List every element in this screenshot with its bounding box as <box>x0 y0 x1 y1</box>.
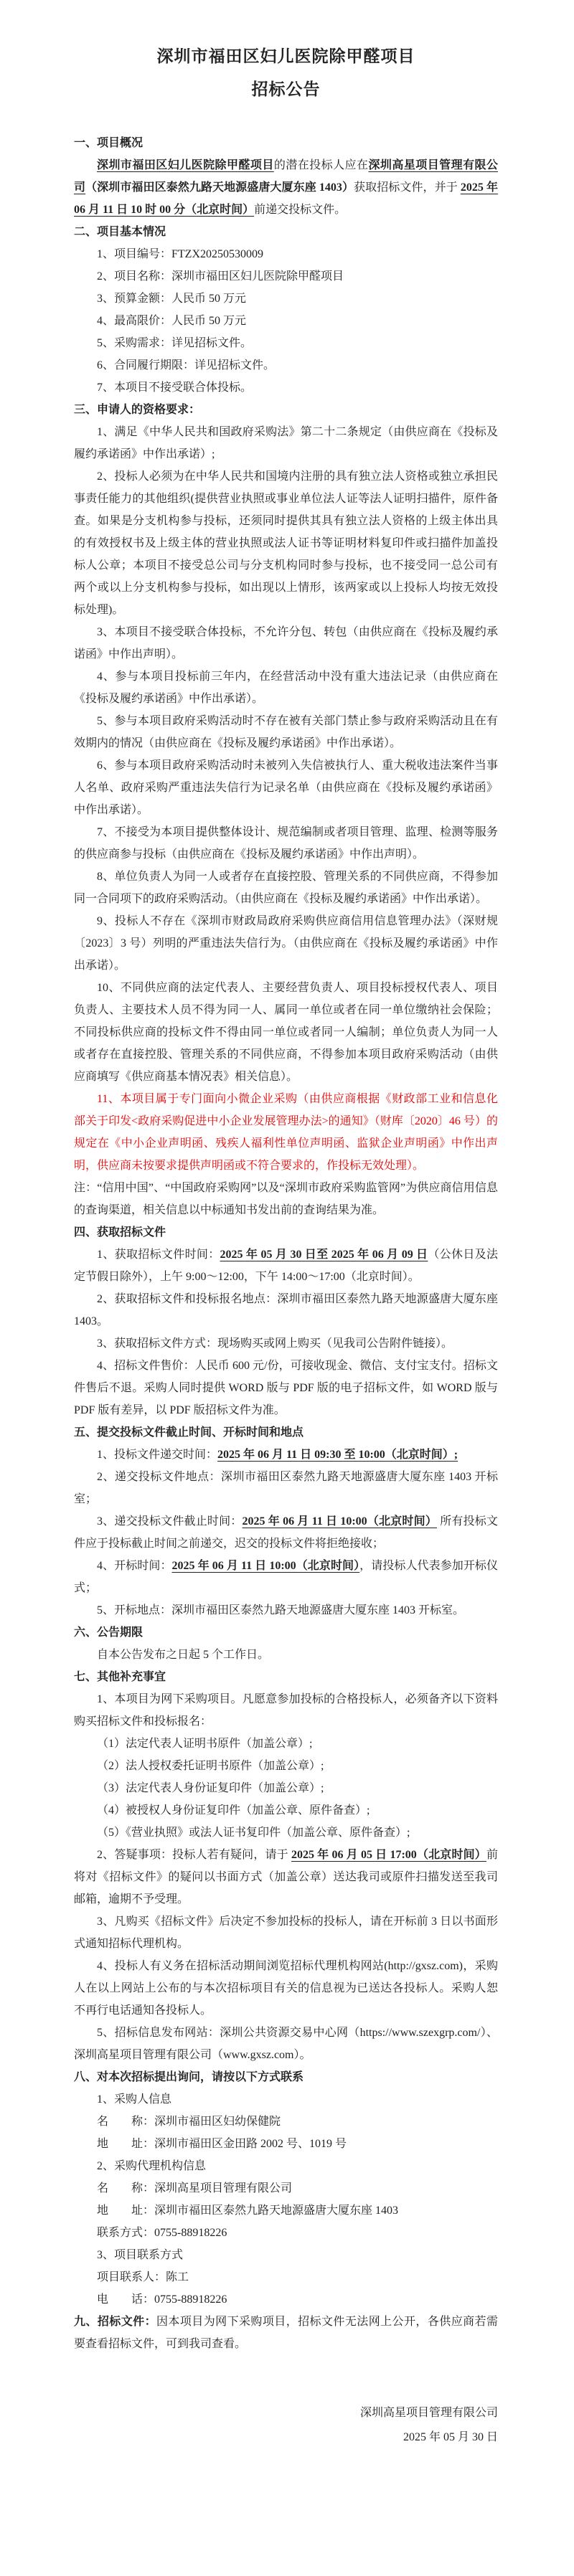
text-run: 四、获取招标文件 <box>74 1226 166 1239</box>
text-run: 2025 年 06 月 11 日 09:30 至 10:00（北京时间）; <box>217 1449 458 1461</box>
section-heading-7: 七、其他补充事宜 <box>74 1666 498 1688</box>
paragraph: 6、合同履行期限：详见招标文件。 <box>74 354 498 377</box>
paragraph: （2）法人授权委托证明书原件（加盖公章）; <box>74 1755 498 1777</box>
paragraph: 地 址：深圳市福田区金田路 2002 号、1019 号 <box>74 2133 498 2155</box>
note-paragraph: 注：“信用中国”、“中国政府采购网”以及“深圳市政府采购监管网”为供应商信用信息… <box>74 1177 498 1221</box>
paragraph: 5、参与本项目政府采购活动时不存在被有关部门禁止参与政府采购活动且在有效期内的情… <box>74 710 498 754</box>
title-line-2: 招标公告 <box>74 73 498 106</box>
paragraph: （1）法定代表人证明书原件（加盖公章）; <box>74 1733 498 1755</box>
paragraph: 1、获取招标文件时间：2025 年 05 月 30 日至 2025 年 06 月… <box>74 1244 498 1288</box>
footer-date: 2025 年 05 月 30 日 <box>74 2425 498 2450</box>
paragraph: 地 址：深圳市福田区泰然九路天地源盛唐大厦东座 1403 <box>74 2199 498 2222</box>
text-run: 九、招标文件： <box>74 2316 156 2328</box>
paragraph: 2、获取招标文件和投标报名地点：深圳市福田区泰然九路天地源盛唐大厦东座 1403… <box>74 1288 498 1332</box>
text-run: 1、获取招标文件时间： <box>97 1249 220 1261</box>
text-run: 2025 年 06 月 11 日 10:00（北京时间） <box>172 1560 360 1572</box>
paragraph: 6、参与本项目政府采购活动时未被列入失信被执行人、重大税收违法案件当事人名单、政… <box>74 754 498 821</box>
paragraph: 联系方式：0755-88918226 <box>74 2222 498 2244</box>
text-run: 1、项目编号：FTZX20250530009 <box>97 248 263 260</box>
paragraph: 3、本项目不接受联合体投标，不允许分包、转包（由供应商在《投标及履约承诺函》中作… <box>74 621 498 666</box>
text-run: （5）《营业执照》或法人证书复印件（加盖公章、原件备查）; <box>97 1827 410 1839</box>
paragraph: 1、项目编号：FTZX20250530009 <box>74 243 498 265</box>
text-run: 七、其他补充事宜 <box>74 1671 166 1683</box>
text-run: 电 话：0755-88918226 <box>97 2293 227 2306</box>
text-run: 4、招标文件售价：人民币 600 元/份，可接收现金、微信、支付宝支付。招标文件… <box>74 1360 498 1416</box>
footer-organization: 深圳高星项目管理有限公司 <box>74 2401 498 2425</box>
text-run: 前递交投标文件。 <box>254 204 346 216</box>
text-run: 9、投标人不存在《深圳市财政局政府采购供应商信用信息管理办法》（深财规〔2023… <box>74 915 498 972</box>
intro-paragraph: 深圳市福田区妇儿医院除甲醛项目的潜在投标人应在深圳高星项目管理有限公司（深圳市福… <box>74 154 498 221</box>
section-heading-3: 三、申请人的资格要求： <box>74 399 498 421</box>
section-heading-4: 四、获取招标文件 <box>74 1221 498 1244</box>
paragraph: 4、最高限价：人民币 50 万元 <box>74 310 498 332</box>
paragraph: 1、本项目为网下采购项目。凡愿意参加投标的合格投标人，必须备齐以下资料购买招标文… <box>74 1688 498 1733</box>
paragraph: 8、单位负责人为同一人或者存在直接控股、管理关系的不同供应商，不得参加同一合同项… <box>74 866 498 910</box>
text-run: 三、申请人的资格要求： <box>74 404 200 416</box>
text-run: 3、递交投标文件截止时间： <box>97 1515 243 1528</box>
paragraph: 4、招标文件售价：人民币 600 元/份，可接收现金、微信、支付宝支付。招标文件… <box>74 1355 498 1421</box>
paragraph: （3）法定代表人身份证复印件（加盖公章）; <box>74 1777 498 1799</box>
text-run: 4、参与本项目投标前三年内，在经营活动中没有重大违法记录（由供应商在《投标及履约… <box>74 671 498 705</box>
paragraph: 2、投标人必须为在中华人民共和国境内注册的具有独立法人资格或独立承担民事责任能力… <box>74 465 498 621</box>
text-run: 2、项目名称：深圳市福田区妇儿医院除甲醛项目 <box>97 270 344 283</box>
text-run: 深圳市福田区妇儿医院除甲醛项目 <box>97 159 274 171</box>
text-run: 5、招标信息发布网站：深圳公共资源交易中心网（https://www.szexg… <box>74 2027 498 2061</box>
text-run: 五、提交投标文件截止时间、开标时间和地点 <box>74 1426 304 1439</box>
text-run: 2、投标人必须为在中华人民共和国境内注册的具有独立法人资格或独立承担民事责任能力… <box>74 470 498 616</box>
text-run: 10、不同供应商的法定代表人、主要经营负责人、项目投标授权代表人、项目负责人、主… <box>74 982 498 1083</box>
paragraph: 3、凡购买《招标文件》后决定不参加投标的投标人，请在开标前 3 日以书面形式通知… <box>74 1910 498 1955</box>
paragraph: 7、本项目不接受联合体投标。 <box>74 377 498 399</box>
text-run: 一、项目概况 <box>74 137 143 149</box>
red-notice-paragraph: 11、本项目属于专门面向小微企业采购（由供应商根据《财政部工业和信息化部关于印发… <box>74 1088 498 1177</box>
paragraph: 10、不同供应商的法定代表人、主要经营负责人、项目投标授权代表人、项目负责人、主… <box>74 977 498 1088</box>
text-run: （2）法人授权委托证明书原件（加盖公章）; <box>97 1760 324 1772</box>
text-run: 7、不接受为本项目提供整体设计、规范编制或者项目管理、监理、检测等服务的供应商参… <box>74 826 498 861</box>
paragraph: 电 话：0755-88918226 <box>74 2288 498 2311</box>
paragraph: 2、递交投标文件地点：深圳市福田区泰然九路天地源盛唐大厦东座 1403 开标室； <box>74 1466 498 1510</box>
paragraph: 3、获取招标文件方式：现场购买或网上购买（见我司公告附件链接）。 <box>74 1332 498 1355</box>
paragraph: 2、采购代理机构信息 <box>74 2155 498 2177</box>
text-run: 六、公告期限 <box>74 1626 143 1639</box>
text-run: 4、投标人有义务在招标活动期间浏览招标代理机构网站(http://gxsz.co… <box>74 1960 498 2017</box>
text-run: 2、答疑事项：投标人若有疑问，请于 <box>97 1849 291 1861</box>
section-heading-8: 八、对本次招标提出询问，请按以下方式联系 <box>74 2066 498 2088</box>
paragraph: 名 称：深圳市福田区妇幼保健院 <box>74 2111 498 2133</box>
text-run: （4）被授权人身份证复印件（加盖公章、原件备查）; <box>97 1804 370 1817</box>
paragraph: 5、开标地点：深圳市福田区泰然九路天地源盛唐大厦东座 1403 开标室。 <box>74 1599 498 1621</box>
text-run: 5、参与本项目政府采购活动时不存在被有关部门禁止参与政府采购活动且在有效期内的情… <box>74 715 498 749</box>
text-run: 2025 年 06 月 05 日 17:00（北京时间） <box>291 1849 486 1861</box>
text-run: 联系方式：0755-88918226 <box>97 2227 227 2239</box>
text-run: 5、采购需求：详见招标文件。 <box>97 337 252 349</box>
text-run: （深圳市福田区泰然九路天地源盛唐大厦东座 1403） <box>85 181 354 194</box>
text-run: 3、凡购买《招标文件》后决定不参加投标的投标人，请在开标前 3 日以书面形式通知… <box>74 1916 498 1950</box>
text-run: 3、本项目不接受联合体投标，不允许分包、转包（由供应商在《投标及履约承诺函》中作… <box>74 626 498 660</box>
paragraph: 2、项目名称：深圳市福田区妇儿医院除甲醛项目 <box>74 265 498 288</box>
text-run: 8、单位负责人为同一人或者存在直接控股、管理关系的不同供应商，不得参加同一合同项… <box>74 871 498 905</box>
title-line-1: 深圳市福田区妇儿医院除甲醛项目 <box>74 40 498 73</box>
text-run: 1、采购人信息 <box>97 2093 171 2106</box>
section-heading-9: 九、招标文件：因本项目为网下采购项目，招标文件无法网上公开，各供应商若需要查看招… <box>74 2311 498 2355</box>
text-run: 6、合同履行期限：详见招标文件。 <box>97 359 275 371</box>
text-run: 1、投标文件递交时间： <box>97 1449 217 1461</box>
text-run: 注：“信用中国”、“中国政府采购网”以及“深圳市政府采购监管网”为供应商信用信息… <box>74 1182 498 1216</box>
paragraph: 3、递交投标文件截止时间：2025 年 06 月 11 日 10:00（北京时间… <box>74 1510 498 1555</box>
text-run: 项目联系人：陈工 <box>97 2271 189 2283</box>
section-heading-1: 一、项目概况 <box>74 132 498 154</box>
text-run: （1）法定代表人证明书原件（加盖公章）; <box>97 1738 312 1750</box>
text-run: 4、开标时间： <box>97 1560 172 1572</box>
paragraph: 自本公告发布之日起 5 个工作日。 <box>74 1644 498 1666</box>
text-run: 八、对本次招标提出询问，请按以下方式联系 <box>74 2071 304 2083</box>
text-run: 2、获取招标文件和投标报名地点：深圳市福田区泰然九路天地源盛唐大厦东座 1403… <box>74 1293 498 1327</box>
text-run: 6、参与本项目政府采购活动时未被列入失信被执行人、重大税收违法案件当事人名单、政… <box>74 759 498 816</box>
text-run: 二、项目基本情况 <box>74 226 166 238</box>
text-run: 3、预算金额：人民币 50 万元 <box>97 293 246 305</box>
section-heading-6: 六、公告期限 <box>74 1621 498 1644</box>
text-run: 3、获取招标文件方式：现场购买或网上购买（见我司公告附件链接）。 <box>97 1337 453 1350</box>
paragraph: 3、项目联系方式 <box>74 2244 498 2266</box>
document-footer: 深圳高星项目管理有限公司 2025 年 05 月 30 日 <box>74 2401 498 2450</box>
text-run: 3、项目联系方式 <box>97 2249 183 2261</box>
text-run: 2025 年 06 月 11 日 10:00（北京时间） <box>243 1515 438 1528</box>
text-run: 名 称：深圳高星项目管理有限公司 <box>97 2182 292 2194</box>
paragraph: 项目联系人：陈工 <box>74 2266 498 2288</box>
text-run: 5、开标地点：深圳市福田区泰然九路天地源盛唐大厦东座 1403 开标室。 <box>97 1604 464 1616</box>
text-run: 自本公告发布之日起 5 个工作日。 <box>97 1649 269 1661</box>
text-run: 名 称：深圳市福田区妇幼保健院 <box>97 2116 281 2128</box>
document-title: 深圳市福田区妇儿医院除甲醛项目 招标公告 <box>74 40 498 106</box>
text-run: 2、采购代理机构信息 <box>97 2160 206 2172</box>
text-run: 地 址：深圳市福田区泰然九路天地源盛唐大厦东座 1403 <box>97 2205 398 2217</box>
paragraph: 1、采购人信息 <box>74 2088 498 2111</box>
paragraph: 5、采购需求：详见招标文件。 <box>74 332 498 354</box>
text-run: 7、本项目不接受联合体投标。 <box>97 382 252 394</box>
text-run: 1、满足《中华人民共和国政府采购法》第二十二条规定（由供应商在《投标及履约承诺函… <box>74 426 498 460</box>
text-run: 2025 年 05 月 30 日至 2025 年 06 月 09 日 <box>220 1249 428 1261</box>
document-page: 深圳市福田区妇儿医院除甲醛项目 招标公告 一、项目概况深圳市福田区妇儿医院除甲醛… <box>0 0 574 2576</box>
paragraph: （5）《营业执照》或法人证书复印件（加盖公章、原件备查）; <box>74 1822 498 1844</box>
text-run: 1、本项目为网下采购项目。凡愿意参加投标的合格投标人，必须备齐以下资料购买招标文… <box>74 1693 498 1728</box>
text-run: 获取招标文件，并于 <box>354 181 461 194</box>
paragraph: 5、招标信息发布网站：深圳公共资源交易中心网（https://www.szexg… <box>74 2022 498 2066</box>
paragraph: 4、参与本项目投标前三年内，在经营活动中没有重大违法记录（由供应商在《投标及履约… <box>74 666 498 710</box>
paragraph: 4、投标人有义务在招标活动期间浏览招标代理机构网站(http://gxsz.co… <box>74 1955 498 2022</box>
paragraph: （4）被授权人身份证复印件（加盖公章、原件备查）; <box>74 1799 498 1822</box>
text-run: 4、最高限价：人民币 50 万元 <box>97 315 246 327</box>
section-heading-5: 五、提交投标文件截止时间、开标时间和地点 <box>74 1421 498 1444</box>
section-heading-2: 二、项目基本情况 <box>74 221 498 243</box>
text-run: 11、本项目属于专门面向小微企业采购（由供应商根据《财政部工业和信息化部关于印发… <box>74 1093 498 1172</box>
paragraph: 1、满足《中华人民共和国政府采购法》第二十二条规定（由供应商在《投标及履约承诺函… <box>74 421 498 465</box>
text-run: 地 址：深圳市福田区金田路 2002 号、1019 号 <box>97 2138 347 2150</box>
paragraph: 4、开标时间：2025 年 06 月 11 日 10:00（北京时间），请投标人… <box>74 1555 498 1599</box>
text-run: 2、递交投标文件地点：深圳市福田区泰然九路天地源盛唐大厦东座 1403 开标室； <box>74 1471 498 1505</box>
paragraph: 3、预算金额：人民币 50 万元 <box>74 288 498 310</box>
paragraph: 7、不接受为本项目提供整体设计、规范编制或者项目管理、监理、检测等服务的供应商参… <box>74 821 498 866</box>
document-body: 一、项目概况深圳市福田区妇儿医院除甲醛项目的潜在投标人应在深圳高星项目管理有限公… <box>74 132 498 2355</box>
text-run: 的潜在投标人应在 <box>274 159 369 171</box>
paragraph: 1、投标文件递交时间：2025 年 06 月 11 日 09:30 至 10:0… <box>74 1444 498 1466</box>
paragraph: 9、投标人不存在《深圳市财政局政府采购供应商信用信息管理办法》（深财规〔2023… <box>74 910 498 977</box>
text-run: （3）法定代表人身份证复印件（加盖公章）; <box>97 1782 324 1794</box>
paragraph: 名 称：深圳高星项目管理有限公司 <box>74 2177 498 2199</box>
paragraph: 2、答疑事项：投标人若有疑问，请于 2025 年 06 月 05 日 17:00… <box>74 1844 498 1910</box>
